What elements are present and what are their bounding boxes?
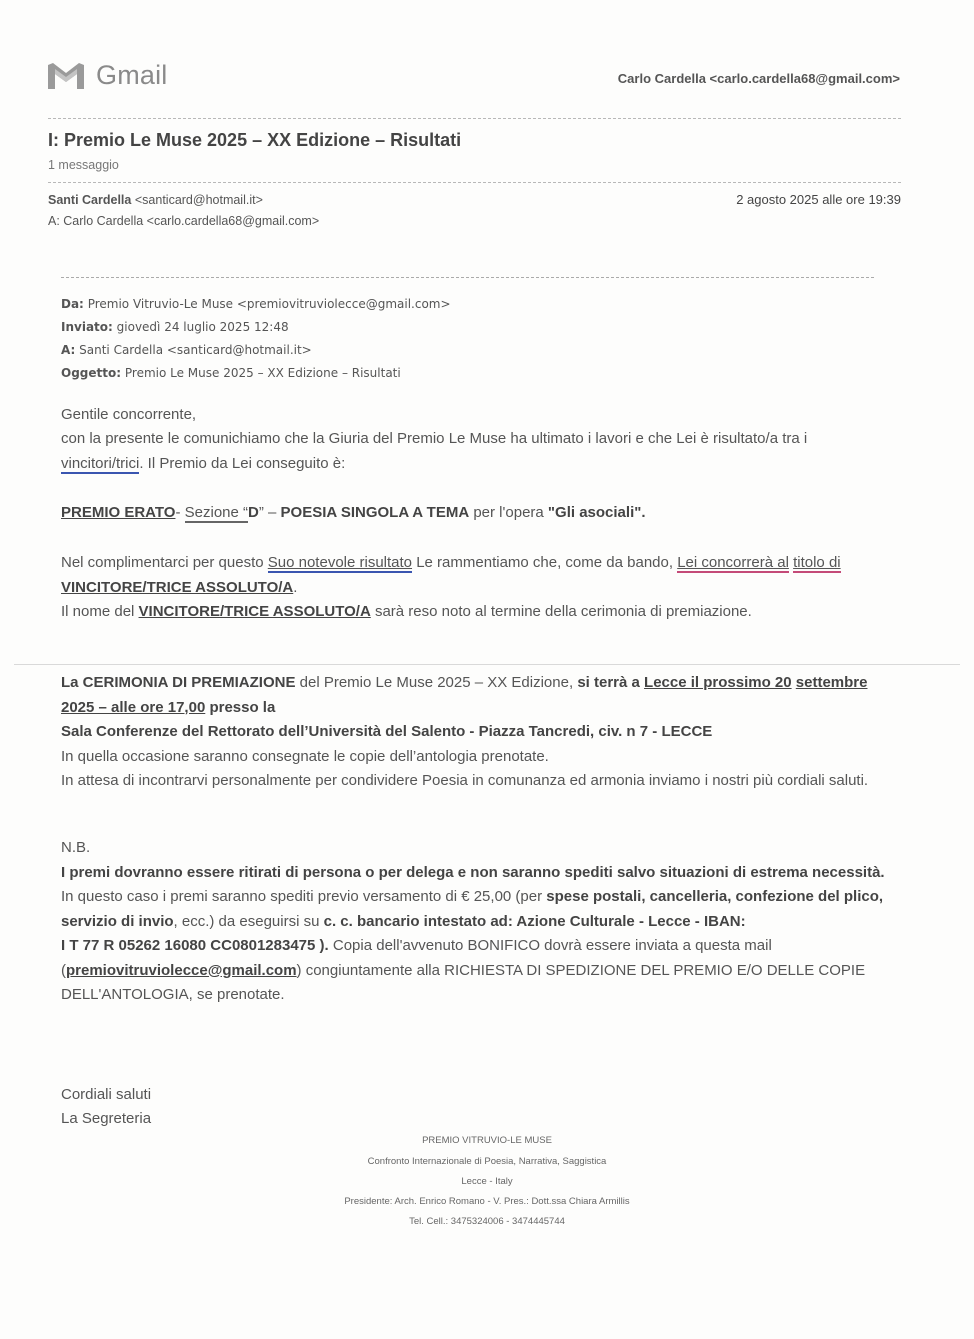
message-date: 2 agosto 2025 alle ore 19:39 [736,192,901,207]
footer-org: PREMIO VITRUVIO-LE MUSE [0,1131,974,1151]
page-fold [14,664,960,665]
winners-text: vincitori/trici [61,455,139,474]
prize-work: "Gli asociali". [548,504,646,521]
thread-divider [48,182,901,183]
gmail-m-icon [46,61,86,91]
greeting: Gentile concorrente, [61,403,901,428]
signature-greeting: Cordiali saluti [61,1083,901,1108]
footer-phone: Tel. Cell.: 3475324006 - 3474445744 [0,1212,974,1232]
gmail-logo: Gmail [46,60,168,91]
footer-location: Lecce - Italy [0,1172,974,1192]
forward-to: A: Santi Cardella <santicard@hotmail.it> [61,343,312,357]
paragraph-results: con la presente le comunichiamo che la G… [61,427,891,476]
prize-line: PREMIO ERATO- Sezione “D” – POESIA SINGO… [61,501,901,526]
contact-email-link[interactable]: premiovitruviolecce@gmail.com [66,962,297,979]
absolute-winner-title: VINCITORE/TRICE ASSOLUTO/A [61,579,293,596]
forward-divider [61,277,874,278]
prize-category: POESIA SINGOLA A TEMA [281,504,470,521]
paragraph-compliments: Nel complimentarci per questo Suo notevo… [61,551,861,625]
header-divider [48,118,901,119]
account-name: Carlo Cardella <carlo.cardella68@gmail.c… [618,71,900,86]
forward-from: Da: Premio Vitruvio-Le Muse <premiovitru… [61,297,451,311]
iban: I T 77 R 05262 16080 CC0801283475 ). [61,937,329,954]
signature-name: La Segreteria [61,1107,901,1132]
message-recipient: A: Carlo Cardella <carlo.cardella68@gmai… [48,214,319,228]
footer-officers: Presidente: Arch. Enrico Romano - V. Pre… [0,1192,974,1212]
nb-label: N.B. [61,839,90,856]
footer-tagline: Confronto Internazionale di Poesia, Narr… [0,1152,974,1172]
sender-name: Santi Cardella [48,193,131,207]
message-sender: Santi Cardella <santicard@hotmail.it> [48,193,263,207]
thread-subject: I: Premio Le Muse 2025 – XX Edizione – R… [48,130,461,151]
prize-name: PREMIO ERATO [61,504,175,521]
app-name: Gmail [96,60,168,91]
forward-subject: Oggetto: Premio Le Muse 2025 – XX Edizio… [61,366,401,380]
paragraph-nb: N.B. I premi dovranno essere ritirati di… [61,836,891,1008]
forward-sent: Inviato: giovedì 24 luglio 2025 12:48 [61,320,289,334]
message-count: 1 messaggio [48,158,119,172]
sender-email[interactable]: <santicard@hotmail.it> [135,193,263,207]
ceremony-venue: Sala Conferenze del Rettorato dell’Unive… [61,723,712,740]
paragraph-ceremony: La CERIMONIA DI PREMIAZIONE del Premio L… [61,671,871,794]
